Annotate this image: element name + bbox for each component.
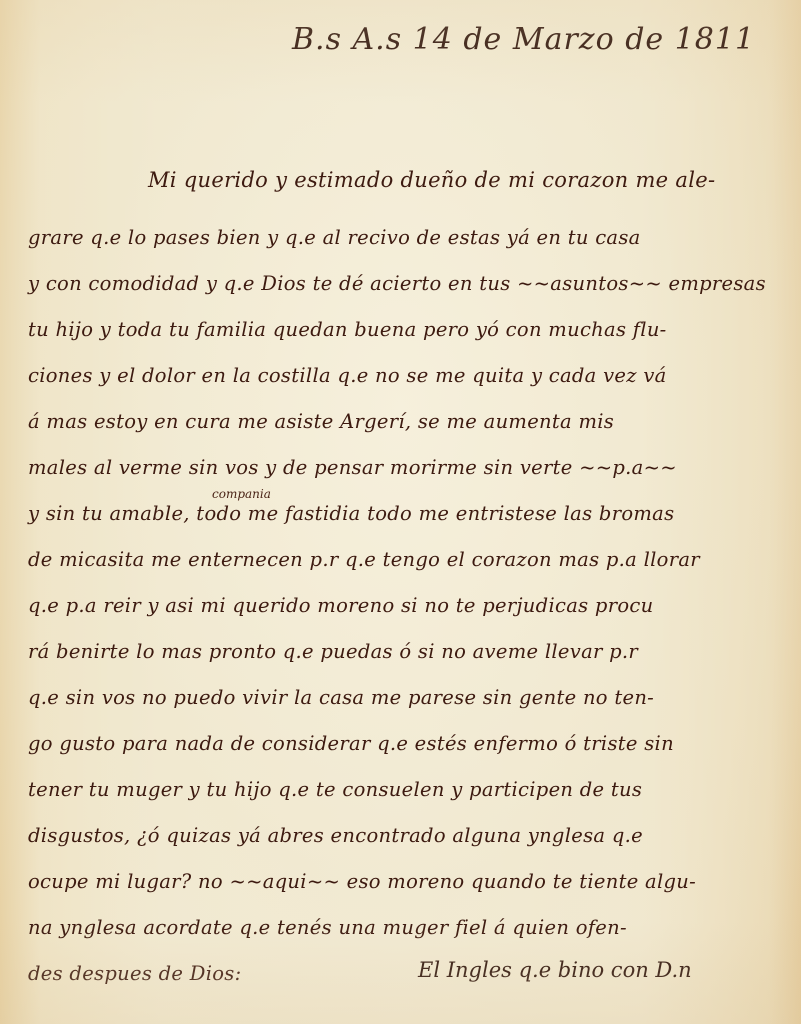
closing-note: El Ingles q.e bino con D.n — [418, 958, 692, 982]
letter-line-17: na ynglesa acordate q.e tenés una muger … — [28, 916, 627, 939]
letter-line-11: rá benirte lo mas pronto q.e puedas ó si… — [28, 640, 638, 663]
letter-line-16: ocupe mi lugar? no ~~aqui~~ eso moreno q… — [28, 870, 696, 893]
letter-line-9: de micasita me enternecen p.r q.e tengo … — [28, 548, 700, 571]
letter-line-14: tener tu muger y tu hijo q.e te consuele… — [28, 778, 642, 801]
letter-page: B.s A.s 14 de Marzo de 1811 Mi querido y… — [0, 0, 801, 1024]
letter-dateline: B.s A.s 14 de Marzo de 1811 — [292, 22, 755, 57]
letter-line-7: males al verme sin vos y de pensar morir… — [28, 456, 677, 479]
letter-line-6: á mas estoy en cura me asiste Argerí, se… — [28, 410, 614, 433]
letter-line-15: disgustos, ¿ó quizas yá abres encontrado… — [28, 824, 643, 847]
letter-line-2: grare q.e lo pases bien y q.e al recivo … — [28, 226, 641, 249]
letter-line-5: ciones y el dolor en la costilla q.e no … — [28, 364, 667, 387]
letter-line-1: Mi querido y estimado dueño de mi corazo… — [148, 168, 715, 192]
letter-line-13: go gusto para nada de considerar q.e est… — [28, 732, 674, 755]
letter-line-12: q.e sin vos no puedo vivir la casa me pa… — [28, 686, 654, 709]
letter-line-10: q.e p.a reir y asi mi querido moreno si … — [28, 594, 653, 617]
letter-line-3: y con comodidad y q.e Dios te dé acierto… — [28, 272, 766, 295]
letter-line-4: tu hijo y toda tu familia quedan buena p… — [28, 318, 667, 341]
letter-line-8: y sin tu amable, todo me fastidia todo m… — [28, 502, 674, 525]
letter-line-18: des despues de Dios: — [28, 962, 241, 985]
interlinear-insertion: compania — [212, 487, 271, 501]
